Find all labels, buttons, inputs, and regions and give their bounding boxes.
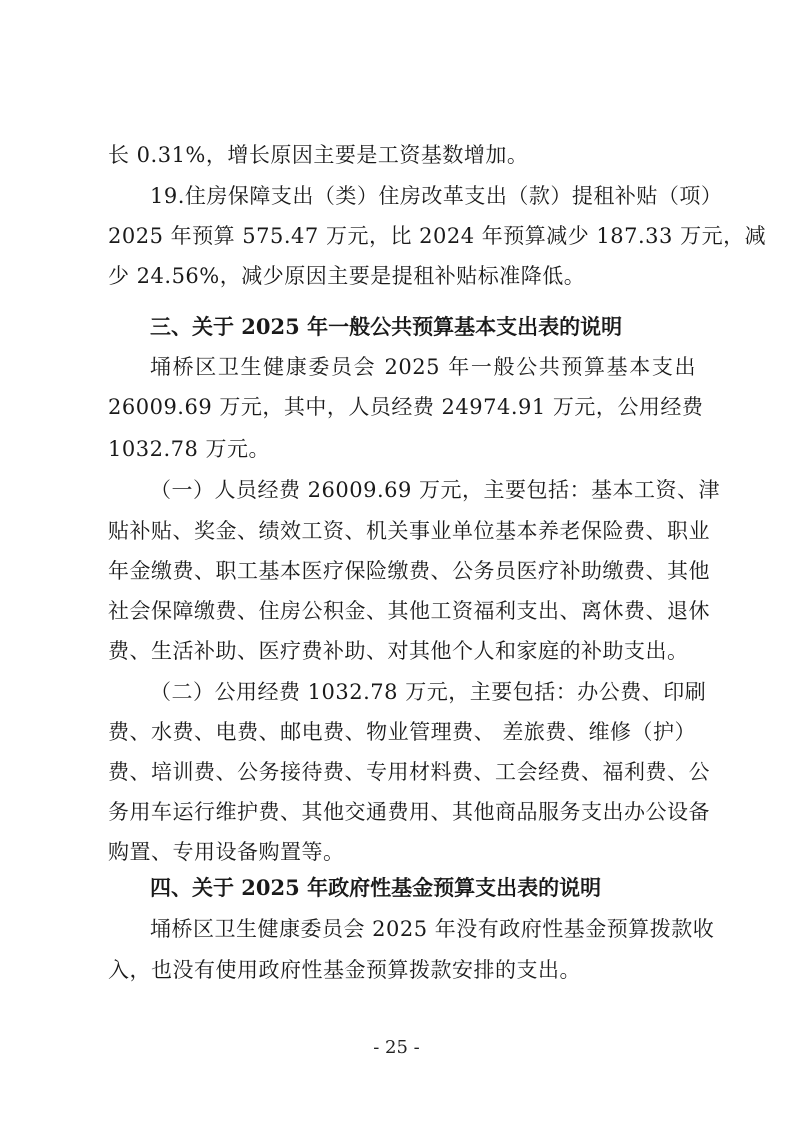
section-4-line-2: 入，也没有使用政府性基金预算拨款安排的支出。 bbox=[108, 955, 696, 985]
personnel-expense-line-2: 贴补贴、奖金、绩效工资、机关事业单位基本养老保险费、职业 bbox=[108, 516, 696, 546]
section-4-heading: 四、关于 2025 年政府性基金预算支出表的说明 bbox=[150, 873, 696, 903]
section-3-intro-line-1: 埇桥区卫生健康委员会 2025 年一般公共预算基本支出 bbox=[150, 352, 696, 382]
section-3-intro-line-3: 1032.78 万元。 bbox=[108, 434, 696, 464]
public-expense-line-3: 费、培训费、公务接待费、专用材料费、工会经费、福利费、公 bbox=[108, 757, 696, 787]
personnel-expense-line-3: 年金缴费、职工基本医疗保险缴费、公务员医疗补助缴费、其他 bbox=[108, 556, 696, 586]
section-3-heading: 三、关于 2025 年一般公共预算基本支出表的说明 bbox=[150, 312, 696, 342]
public-expense-line-5: 购置、专用设备购置等。 bbox=[108, 837, 696, 867]
page-number: - 25 - bbox=[0, 1036, 793, 1060]
section-3-intro-line-2: 26009.69 万元，其中，人员经费 24974.91 万元，公用经费 bbox=[108, 392, 696, 422]
section-4-line-1: 埇桥区卫生健康委员会 2025 年没有政府性基金预算拨款收 bbox=[150, 914, 696, 944]
personnel-expense-line-4: 社会保障缴费、住房公积金、其他工资福利支出、离休费、退休 bbox=[108, 596, 696, 626]
personnel-expense-line-1: （一）人员经费 26009.69 万元，主要包括：基本工资、津 bbox=[150, 475, 696, 505]
paragraph-19-line-1: 19.住房保障支出（类）住房改革支出（款）提租补贴（项） bbox=[150, 181, 696, 211]
paragraph-18-tail-line-1: 长 0.31%，增长原因主要是工资基数增加。 bbox=[108, 140, 696, 170]
paragraph-19-line-3: 少 24.56%，减少原因主要是提租补贴标准降低。 bbox=[108, 261, 696, 291]
public-expense-line-1: （二）公用经费 1032.78 万元，主要包括：办公费、印刷 bbox=[150, 677, 696, 707]
personnel-expense-line-5: 费、生活补助、医疗费补助、对其他个人和家庭的补助支出。 bbox=[108, 636, 696, 666]
document-page: 长 0.31%，增长原因主要是工资基数增加。 19.住房保障支出（类）住房改革支… bbox=[0, 0, 793, 1122]
public-expense-line-2: 费、水费、电费、邮电费、物业管理费、 差旅费、维修（护） bbox=[108, 717, 696, 747]
paragraph-19-line-2: 2025 年预算 575.47 万元，比 2024 年预算减少 187.33 万… bbox=[108, 221, 696, 251]
public-expense-line-4: 务用车运行维护费、其他交通费用、其他商品服务支出办公设备 bbox=[108, 797, 696, 827]
